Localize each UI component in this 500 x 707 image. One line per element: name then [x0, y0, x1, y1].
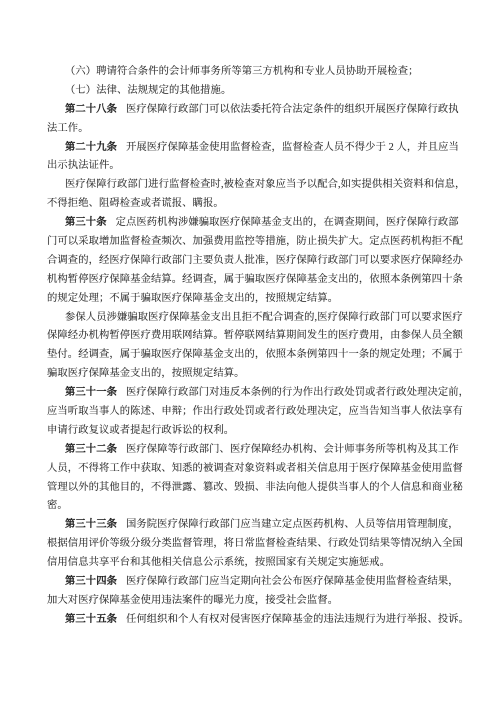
line-text: 开展医疗保障基金使用监督检查，监督检查人员不得少于 2 人，并且应当: [126, 142, 459, 153]
document-line: 第三十条定点医药机构涉嫌骗取医疗保障基金支出的，在调查期间，医疗保障行政部: [47, 214, 459, 233]
line-text: （七）法律、法规规定的其他措施。: [65, 85, 231, 96]
document-line: 加大对医疗保障基金使用违法案件的曝光力度，接受社会监督。: [47, 592, 459, 611]
article-number-label: 第三十条: [65, 217, 107, 228]
document-line: 医疗保障行政部门进行监督检查时,被检查对象应当予以配合,如实提供相关资料和信息，: [47, 176, 459, 195]
document-line: 骗取医疗保障基金支出的，按照规定结算。: [47, 365, 459, 384]
line-text: 任何组织和个人有权对侵害医疗保障基金的违法违规行为进行举报、投诉。: [126, 614, 469, 625]
document-line: 管理以外的其他目的，不得泄露、篡改、毁损、非法向他人提供当事人的个人信息和商业秘: [47, 479, 459, 498]
document-line: 人员，不得将工作中获取、知悉的被调查对象资料或者相关信息用于医疗保障基金使用监督: [47, 460, 459, 479]
line-text: 门可以采取增加监督检查频次、加强费用监控等措施，防止损失扩大。定点医药机构拒不配: [47, 236, 463, 247]
line-text: 国务院医疗保障行政部门应当建立定点医药机构、人员等信用管理制度，: [126, 519, 459, 530]
document-line: 法工作。: [47, 120, 459, 139]
document-line: 第三十一条医疗保障行政部门对违反本条例的行为作出行政处罚或者行政处理决定前，: [47, 384, 459, 403]
article-number-label: 第二十八条: [65, 104, 117, 115]
line-text: 人员，不得将工作中获取、知悉的被调查对象资料或者相关信息用于医疗保障基金使用监督: [47, 463, 463, 474]
line-text: 信用信息共享平台和其他相关信息公示系统，按照国家有关规定实施惩戒。: [47, 557, 390, 568]
document-line: 第三十五条任何组织和个人有权对侵害医疗保障基金的违法违规行为进行举报、投诉。: [47, 611, 459, 630]
line-text: 的规定处理；不属于骗取医疗保障基金支出的，按照规定结算。: [47, 293, 338, 304]
document-line: 保障经办机构暂停医疗费用联网结算。暂停联网结算期间发生的医疗费用，由参保人员全额: [47, 327, 459, 346]
article-number-label: 第三十二条: [65, 444, 117, 455]
article-number-label: 第三十五条: [65, 614, 117, 625]
article-number-label: 第三十四条: [65, 576, 117, 587]
line-text: 加大对医疗保障基金使用违法案件的曝光力度，接受社会监督。: [47, 595, 338, 606]
document-line: 的规定处理；不属于骗取医疗保障基金支出的，按照规定结算。: [47, 290, 459, 309]
document-line: 第二十八条医疗保障行政部门可以依法委托符合法定条件的组织开展医疗保障行政执: [47, 101, 459, 120]
article-number-label: 第二十九条: [65, 142, 117, 153]
line-text: 骗取医疗保障基金支出的，按照规定结算。: [47, 368, 245, 379]
document-line: 门可以采取增加监督检查频次、加强费用监控等措施，防止损失扩大。定点医药机构拒不配: [47, 233, 459, 252]
document-line: 应当听取当事人的陈述、申辩；作出行政处罚或者行政处理决定，应当告知当事人依法享有: [47, 403, 459, 422]
document-line: 不得拒绝、阻碍检查或者谎报、瞒报。: [47, 195, 459, 214]
line-text: 管理以外的其他目的，不得泄露、篡改、毁损、非法向他人提供当事人的个人信息和商业秘: [47, 482, 463, 493]
document-line: 垫付。经调查，属于骗取医疗保障基金支出的，依照本条例第四十一条的规定处理；不属于: [47, 346, 459, 365]
document-line: 合调查的，经医疗保障行政部门主要负责人批准，医疗保障行政部门可以要求医疗保障经办: [47, 252, 459, 271]
document-line: 机构暂停医疗保障基金结算。经调查，属于骗取医疗保障基金支出的，依照本条例第四十条: [47, 271, 459, 290]
line-text: 应当听取当事人的陈述、申辩；作出行政处罚或者行政处理决定，应当告知当事人依法享有: [47, 406, 463, 417]
document-line: （七）法律、法规规定的其他措施。: [47, 82, 459, 101]
line-text: 定点医药机构涉嫌骗取医疗保障基金支出的，在调查期间，医疗保障行政部: [116, 217, 459, 228]
document-line: 申请行政复议或者提起行政诉讼的权利。: [47, 422, 459, 441]
line-text: 申请行政复议或者提起行政诉讼的权利。: [47, 425, 234, 436]
line-text: 保障经办机构暂停医疗费用联网结算。暂停联网结算期间发生的医疗费用，由参保人员全额: [47, 330, 463, 341]
document-line: 第三十二条医疗保障等行政部门、医疗保障经办机构、会计师事务所等机构及其工作: [47, 441, 459, 460]
line-text: 不得拒绝、阻碍检查或者谎报、瞒报。: [47, 198, 224, 209]
line-text: 法工作。: [47, 123, 89, 134]
article-number-label: 第三十三条: [65, 519, 117, 530]
document-text-block: （六）聘请符合条件的会计师事务所等第三方机构和专业人员协助开展检查；（七）法律、…: [47, 63, 459, 630]
document-line: 出示执法证件。: [47, 157, 459, 176]
document-line: 第二十九条开展医疗保障基金使用监督检查，监督检查人员不得少于 2 人，并且应当: [47, 139, 459, 158]
line-text: 根据信用评价等级分级分类监督管理，将日常监督检查结果、行政处罚结果等情况纳入全国: [47, 538, 463, 549]
line-text: （六）聘请符合条件的会计师事务所等第三方机构和专业人员协助开展检查；: [65, 66, 419, 77]
scanned-document-page: （六）聘请符合条件的会计师事务所等第三方机构和专业人员协助开展检查；（七）法律、…: [0, 0, 500, 707]
document-line: 根据信用评价等级分级分类监督管理，将日常监督检查结果、行政处罚结果等情况纳入全国: [47, 535, 459, 554]
line-text: 机构暂停医疗保障基金结算。经调查，属于骗取医疗保障基金支出的，依照本条例第四十条: [47, 274, 463, 285]
document-line: 第三十四条医疗保障行政部门应当定期向社会公布医疗保障基金使用监督检查结果，: [47, 573, 459, 592]
line-text: 参保人员涉嫌骗取医疗保障基金支出且拒不配合调查的,医疗保障行政部门可以要求医疗: [65, 312, 463, 323]
document-line: 信用信息共享平台和其他相关信息公示系统，按照国家有关规定实施惩戒。: [47, 554, 459, 573]
line-text: 密。: [47, 500, 68, 511]
document-line: 参保人员涉嫌骗取医疗保障基金支出且拒不配合调查的,医疗保障行政部门可以要求医疗: [47, 309, 459, 328]
document-line: 密。: [47, 497, 459, 516]
line-text: 医疗保障行政部门可以依法委托符合法定条件的组织开展医疗保障行政执: [126, 104, 459, 115]
document-line: （六）聘请符合条件的会计师事务所等第三方机构和专业人员协助开展检查；: [47, 63, 459, 82]
line-text: 出示执法证件。: [47, 160, 120, 171]
line-text: 垫付。经调查，属于骗取医疗保障基金支出的，依照本条例第四十一条的规定处理；不属于: [47, 349, 463, 360]
article-number-label: 第三十一条: [65, 387, 117, 398]
document-line: 第三十三条国务院医疗保障行政部门应当建立定点医药机构、人员等信用管理制度，: [47, 516, 459, 535]
line-text: 合调查的，经医疗保障行政部门主要负责人批准，医疗保障行政部门可以要求医疗保障经办: [47, 255, 463, 266]
line-text: 医疗保障等行政部门、医疗保障经办机构、会计师事务所等机构及其工作: [126, 444, 459, 455]
line-text: 医疗保障行政部门进行监督检查时,被检查对象应当予以配合,如实提供相关资料和信息，: [65, 179, 465, 190]
line-text: 医疗保障行政部门对违反本条例的行为作出行政处罚或者行政处理决定前，: [126, 387, 469, 398]
line-text: 医疗保障行政部门应当定期向社会公布医疗保障基金使用监督检查结果，: [126, 576, 459, 587]
